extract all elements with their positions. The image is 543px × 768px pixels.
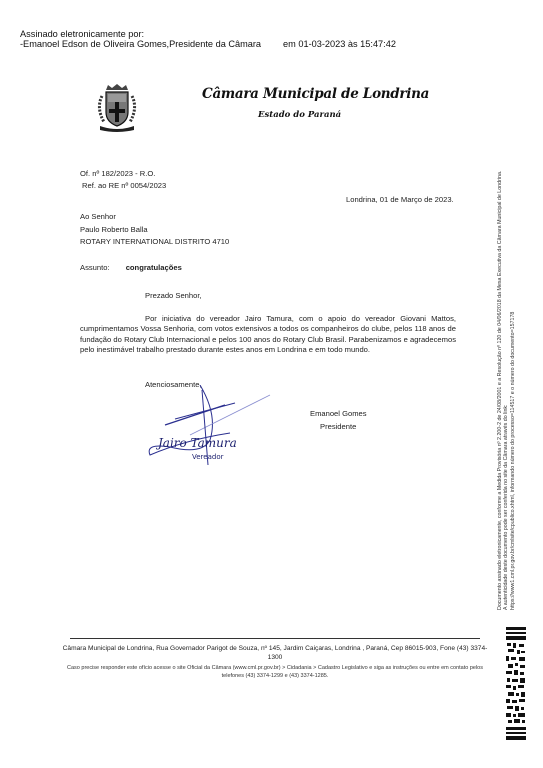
oficio-number: Of. nº 182/2023 - R.O. (80, 169, 155, 178)
reference-number: Ref. ao RE nº 0054/2023 (82, 181, 166, 190)
auth-line3: https://www1.cml.pr.gov.br/cmlsite/cpubl… (510, 90, 516, 610)
footer-divider (70, 638, 480, 639)
svg-text:Vereador: Vereador (192, 453, 224, 461)
signer-role: Presidente (320, 422, 356, 431)
handwritten-signature: Jairo Tamura Vereador (130, 385, 300, 470)
subject-value: congratulações (126, 263, 182, 272)
subject-line: Assunto: congratulações (80, 263, 182, 272)
recipient-salutation: Ao Senhor (80, 211, 229, 224)
electronic-signature-stamp: Assinado eletronicamente por: -Emanoel E… (20, 30, 396, 49)
signer-name: Emanoel Gomes (310, 409, 367, 418)
2d-barcode-icon (506, 627, 526, 747)
letterhead-title: Câmara Municipal de Londrina (202, 86, 429, 102)
side-authentication-text: Documento assinado eletronicamente, conf… (497, 90, 537, 610)
recipient-block: Ao Senhor Paulo Roberto Balla ROTARY INT… (80, 211, 229, 249)
recipient-name: Paulo Roberto Balla (80, 224, 229, 237)
coat-of-arms-icon (92, 82, 142, 134)
letterhead-subtitle: Estado do Paraná (258, 110, 341, 120)
footer-address: Câmara Municipal de Londrina, Rua Govern… (60, 645, 490, 662)
salutation: Prezado Senhor, (145, 291, 202, 300)
stamp-timestamp: em 01-03-2023 às 15:47:42 (283, 39, 396, 49)
subject-label: Assunto: (80, 263, 110, 272)
recipient-organization: ROTARY INTERNATIONAL DISTRITO 4710 (80, 236, 229, 249)
footer-instructions: Caso precise responder este ofício acess… (60, 665, 490, 681)
letter-body: Por iniciativa do vereador Jairo Tamura,… (80, 314, 456, 356)
place-date: Londrina, 01 de Março de 2023. (346, 195, 454, 204)
svg-text:Jairo Tamura: Jairo Tamura (155, 436, 237, 450)
stamp-signer: -Emanoel Edson de Oliveira Gomes,Preside… (20, 39, 261, 49)
letter-body-text: Por iniciativa do vereador Jairo Tamura,… (80, 314, 456, 354)
